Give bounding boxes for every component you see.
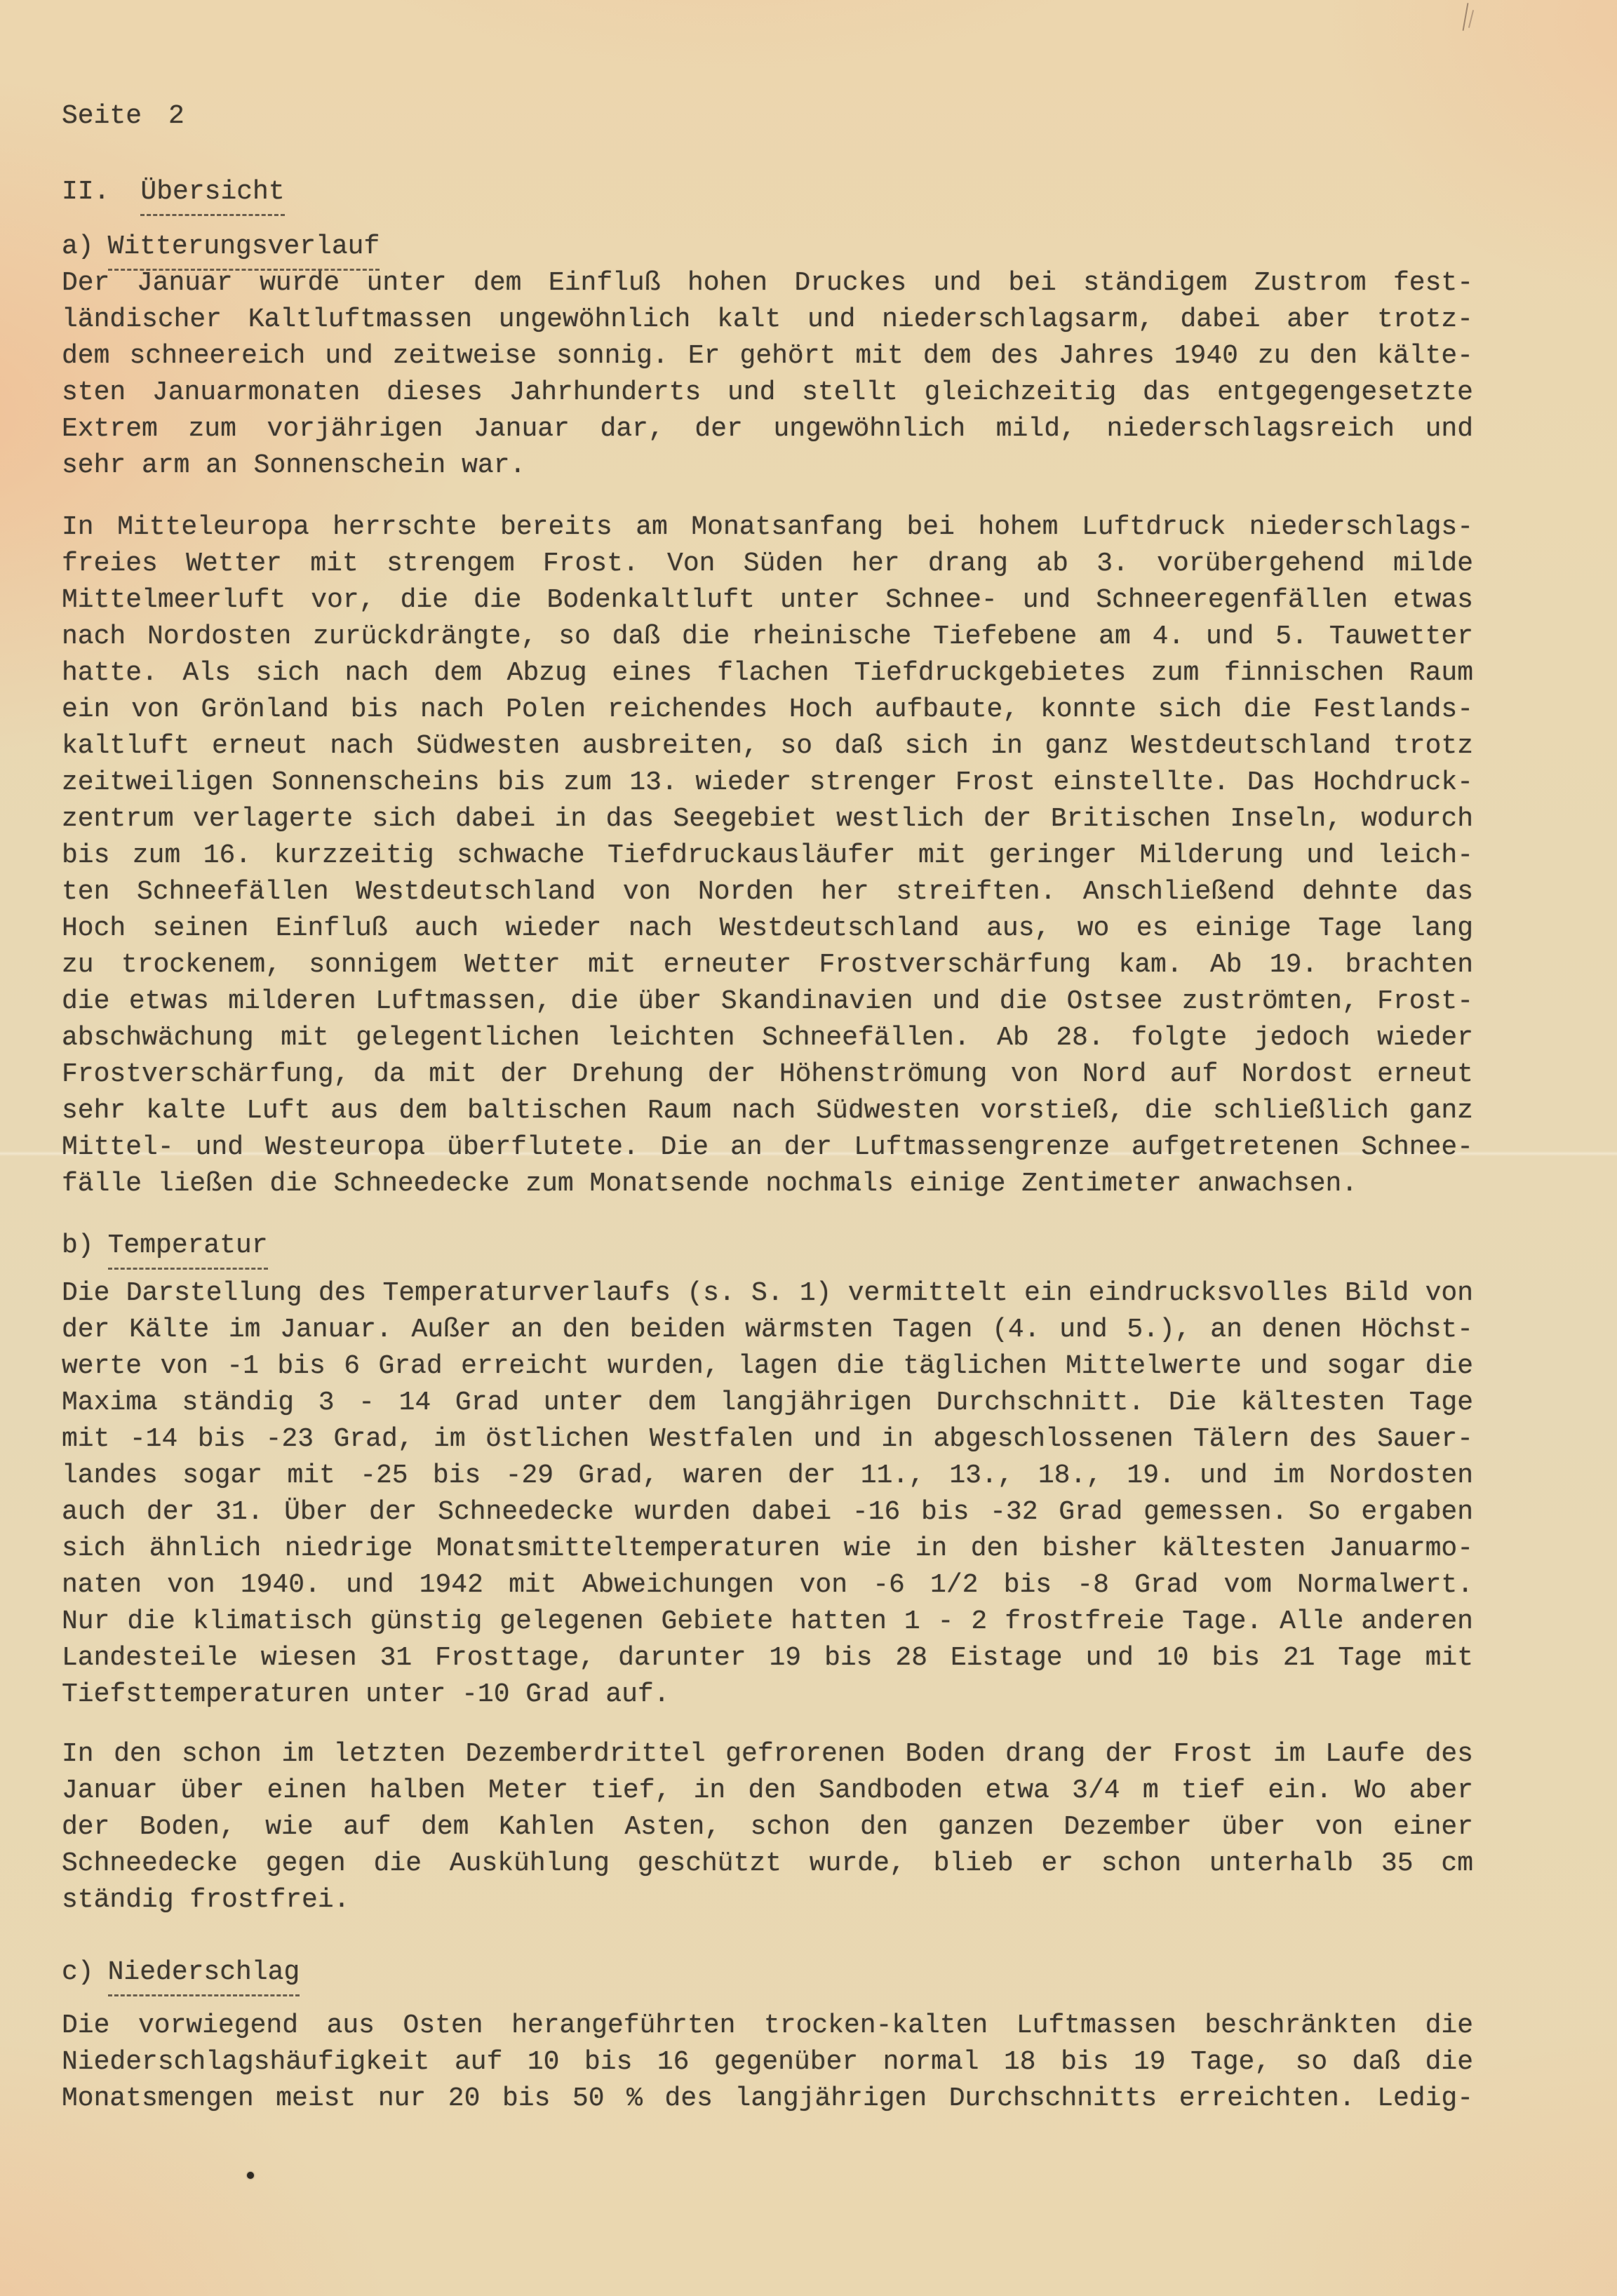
page-number: Seite2	[62, 98, 1473, 135]
text-line: werte von -1 bis 6 Grad erreicht wurden,…	[62, 1348, 1473, 1385]
text-line: hatte. Als sich nach dem Abzug eines fla…	[62, 655, 1473, 692]
section-title: Übersicht	[140, 174, 284, 216]
scanned-document-page: { "colors": { "paper": "#e9d8b2", "paper…	[0, 0, 1617, 2296]
subsection-heading-b: b)Temperatur	[62, 1228, 1473, 1270]
text-line: Niederschlagshäufigkeit auf 10 bis 16 ge…	[62, 2044, 1473, 2081]
text-line: ten Schneefällen Westdeutschland von Nor…	[62, 874, 1473, 911]
text-line: Die vorwiegend aus Osten herangeführten …	[62, 2008, 1473, 2044]
text-line: Hoch seinen Einfluß auch wieder nach Wes…	[62, 911, 1473, 947]
page-number-word: Seite	[62, 101, 142, 131]
subsection-title: Temperatur	[108, 1228, 268, 1270]
text-line: zentrum verlagerte sich dabei in das See…	[62, 801, 1473, 838]
text-line: Nur die klimatisch günstig gelegenen Geb…	[62, 1604, 1473, 1640]
text-line: In den schon im letzten Dezemberdrittel …	[62, 1736, 1473, 1773]
text-line: sehr kalte Luft aus dem baltischen Raum …	[62, 1093, 1473, 1129]
text-line: Der Januar wurde unter dem Einfluß hohen…	[62, 265, 1473, 302]
text-line: abschwächung mit gelegentlichen leichten…	[62, 1020, 1473, 1056]
text-line: sich ähnlich niedrige Monatsmitteltemper…	[62, 1531, 1473, 1567]
text-line: auch der 31. Über der Schneedecke wurden…	[62, 1494, 1473, 1531]
subsection-heading-c: c)Niederschlag	[62, 1954, 1473, 1996]
section-heading: II.Übersicht	[62, 174, 1473, 216]
subsection-heading-a: a)Witterungsverlauf	[62, 229, 1473, 271]
page-number-value: 2	[168, 101, 184, 131]
text-line: sehr arm an Sonnenschein war.	[62, 448, 1473, 484]
text-line: Monatsmengen meist nur 20 bis 50 % des l…	[62, 2081, 1473, 2117]
text-line: Maxima ständig 3 - 14 Grad unter dem lan…	[62, 1385, 1473, 1421]
text-line: naten von 1940. und 1942 mit Abweichunge…	[62, 1567, 1473, 1604]
text-line: zeitweiligen Sonnenscheins bis zum 13. w…	[62, 765, 1473, 801]
text-line: dem schneereich und zeitweise sonnig. Er…	[62, 338, 1473, 375]
subsection-label: b)	[62, 1230, 94, 1261]
corner-pen-mark	[1462, 3, 1476, 34]
subsection-label: a)	[62, 231, 94, 262]
text-line: zu trockenem, sonnigem Wetter mit erneut…	[62, 947, 1473, 983]
paragraph-niederschlag-1: Die vorwiegend aus Osten herangeführten …	[62, 2008, 1473, 2117]
text-line: landes sogar mit -25 bis -29 Grad, waren…	[62, 1458, 1473, 1494]
text-line: freies Wetter mit strengem Frost. Von Sü…	[62, 546, 1473, 582]
subsection-title: Niederschlag	[108, 1954, 300, 1996]
text-line: Frostverschärfung, da mit der Drehung de…	[62, 1056, 1473, 1093]
paragraph-witterung-2: In Mitteleuropa herrschte bereits am Mon…	[62, 509, 1473, 1202]
text-line: ein von Grönland bis nach Polen reichend…	[62, 692, 1473, 728]
paragraph-witterung-1: Der Januar wurde unter dem Einfluß hohen…	[62, 265, 1473, 484]
text-line: Die Darstellung des Temperaturverlaufs (…	[62, 1275, 1473, 1312]
text-line: nach Nordosten zurückdrängte, so daß die…	[62, 619, 1473, 655]
text-line: der Kälte im Januar. Außer an den beiden…	[62, 1312, 1473, 1348]
text-line: Extrem zum vorjährigen Januar dar, der u…	[62, 411, 1473, 448]
text-line: kaltluft erneut nach Südwesten ausbreite…	[62, 728, 1473, 765]
text-line: Januar über einen halben Meter tief, in …	[62, 1773, 1473, 1809]
paragraph-temperatur-1: Die Darstellung des Temperaturverlaufs (…	[62, 1275, 1473, 1713]
text-line: fälle ließen die Schneedecke zum Monatse…	[62, 1166, 1473, 1202]
text-line: die etwas milderen Luftmassen, die über …	[62, 983, 1473, 1020]
text-line: Mittelmeerluft vor, die die Bodenkaltluf…	[62, 582, 1473, 619]
text-line: bis zum 16. kurzzeitig schwache Tiefdruc…	[62, 838, 1473, 874]
text-line: In Mitteleuropa herrschte bereits am Mon…	[62, 509, 1473, 546]
text-line: ländischer Kaltluftmassen ungewöhnlich k…	[62, 302, 1473, 338]
subsection-title: Witterungsverlauf	[108, 229, 380, 271]
subsection-label: c)	[62, 1957, 94, 1987]
paragraph-temperatur-2: In den schon im letzten Dezemberdrittel …	[62, 1736, 1473, 1919]
text-line: sten Januarmonaten dieses Jahrhunderts u…	[62, 375, 1473, 411]
ink-dot-mark	[247, 2172, 254, 2179]
text-line: Landesteile wiesen 31 Frosttage, darunte…	[62, 1640, 1473, 1677]
text-line: mit -14 bis -23 Grad, im östlichen Westf…	[62, 1421, 1473, 1458]
text-line: Tiefsttemperaturen unter -10 Grad auf.	[62, 1677, 1473, 1713]
section-number: II.	[62, 177, 109, 207]
text-line: Mittel- und Westeuropa überflutete. Die …	[62, 1129, 1473, 1166]
text-line: ständig frostfrei.	[62, 1882, 1473, 1919]
text-line: der Boden, wie auf dem Kahlen Asten, sch…	[62, 1809, 1473, 1846]
text-line: Schneedecke gegen die Auskühlung geschüt…	[62, 1846, 1473, 1882]
